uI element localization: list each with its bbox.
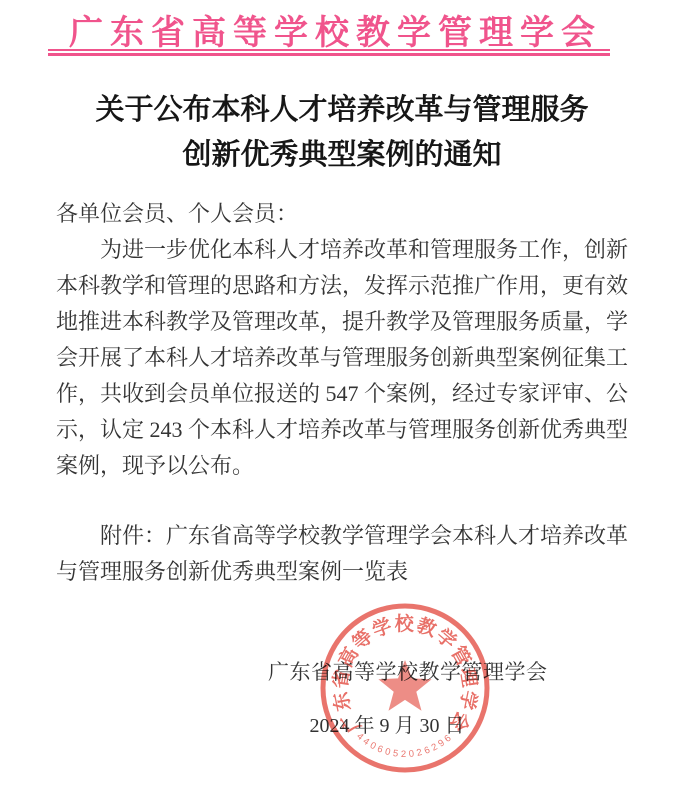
notice-document-page: 广东省高等学校教学管理学会 关于公布本科人才培养改革与管理服务 创新优秀典型案例…: [0, 0, 684, 798]
document-title-line2: 创新优秀典型案例的通知: [0, 133, 684, 178]
letterhead-double-rule: [48, 49, 610, 56]
document-body: 各单位会员、个人会员： 为进一步优化本科人才培养改革和管理服务工作，创新本科教学…: [56, 196, 628, 590]
letterhead-org-name: 广东省高等学校教学管理学会: [0, 5, 674, 54]
main-paragraph: 为进一步优化本科人才培养改革和管理服务工作，创新本科教学和管理的思路和方法，发挥…: [56, 232, 628, 484]
signature-block: 广东省高等学校教学管理学会 2024 年 9 月 30 日: [268, 656, 532, 738]
document-title: 关于公布本科人才培养改革与管理服务 创新优秀典型案例的通知: [0, 88, 684, 178]
signature-date: 2024 年 9 月 30 日: [268, 709, 506, 738]
signature-org-name: 广东省高等学校教学管理学会: [268, 656, 532, 686]
attachment-line: 附件：广东省高等学校教学管理学会本科人才培养改革与管理服务创新优秀典型案例一览表: [56, 518, 628, 590]
document-title-line1: 关于公布本科人才培养改革与管理服务: [0, 88, 684, 133]
salutation: 各单位会员、个人会员：: [56, 196, 628, 232]
